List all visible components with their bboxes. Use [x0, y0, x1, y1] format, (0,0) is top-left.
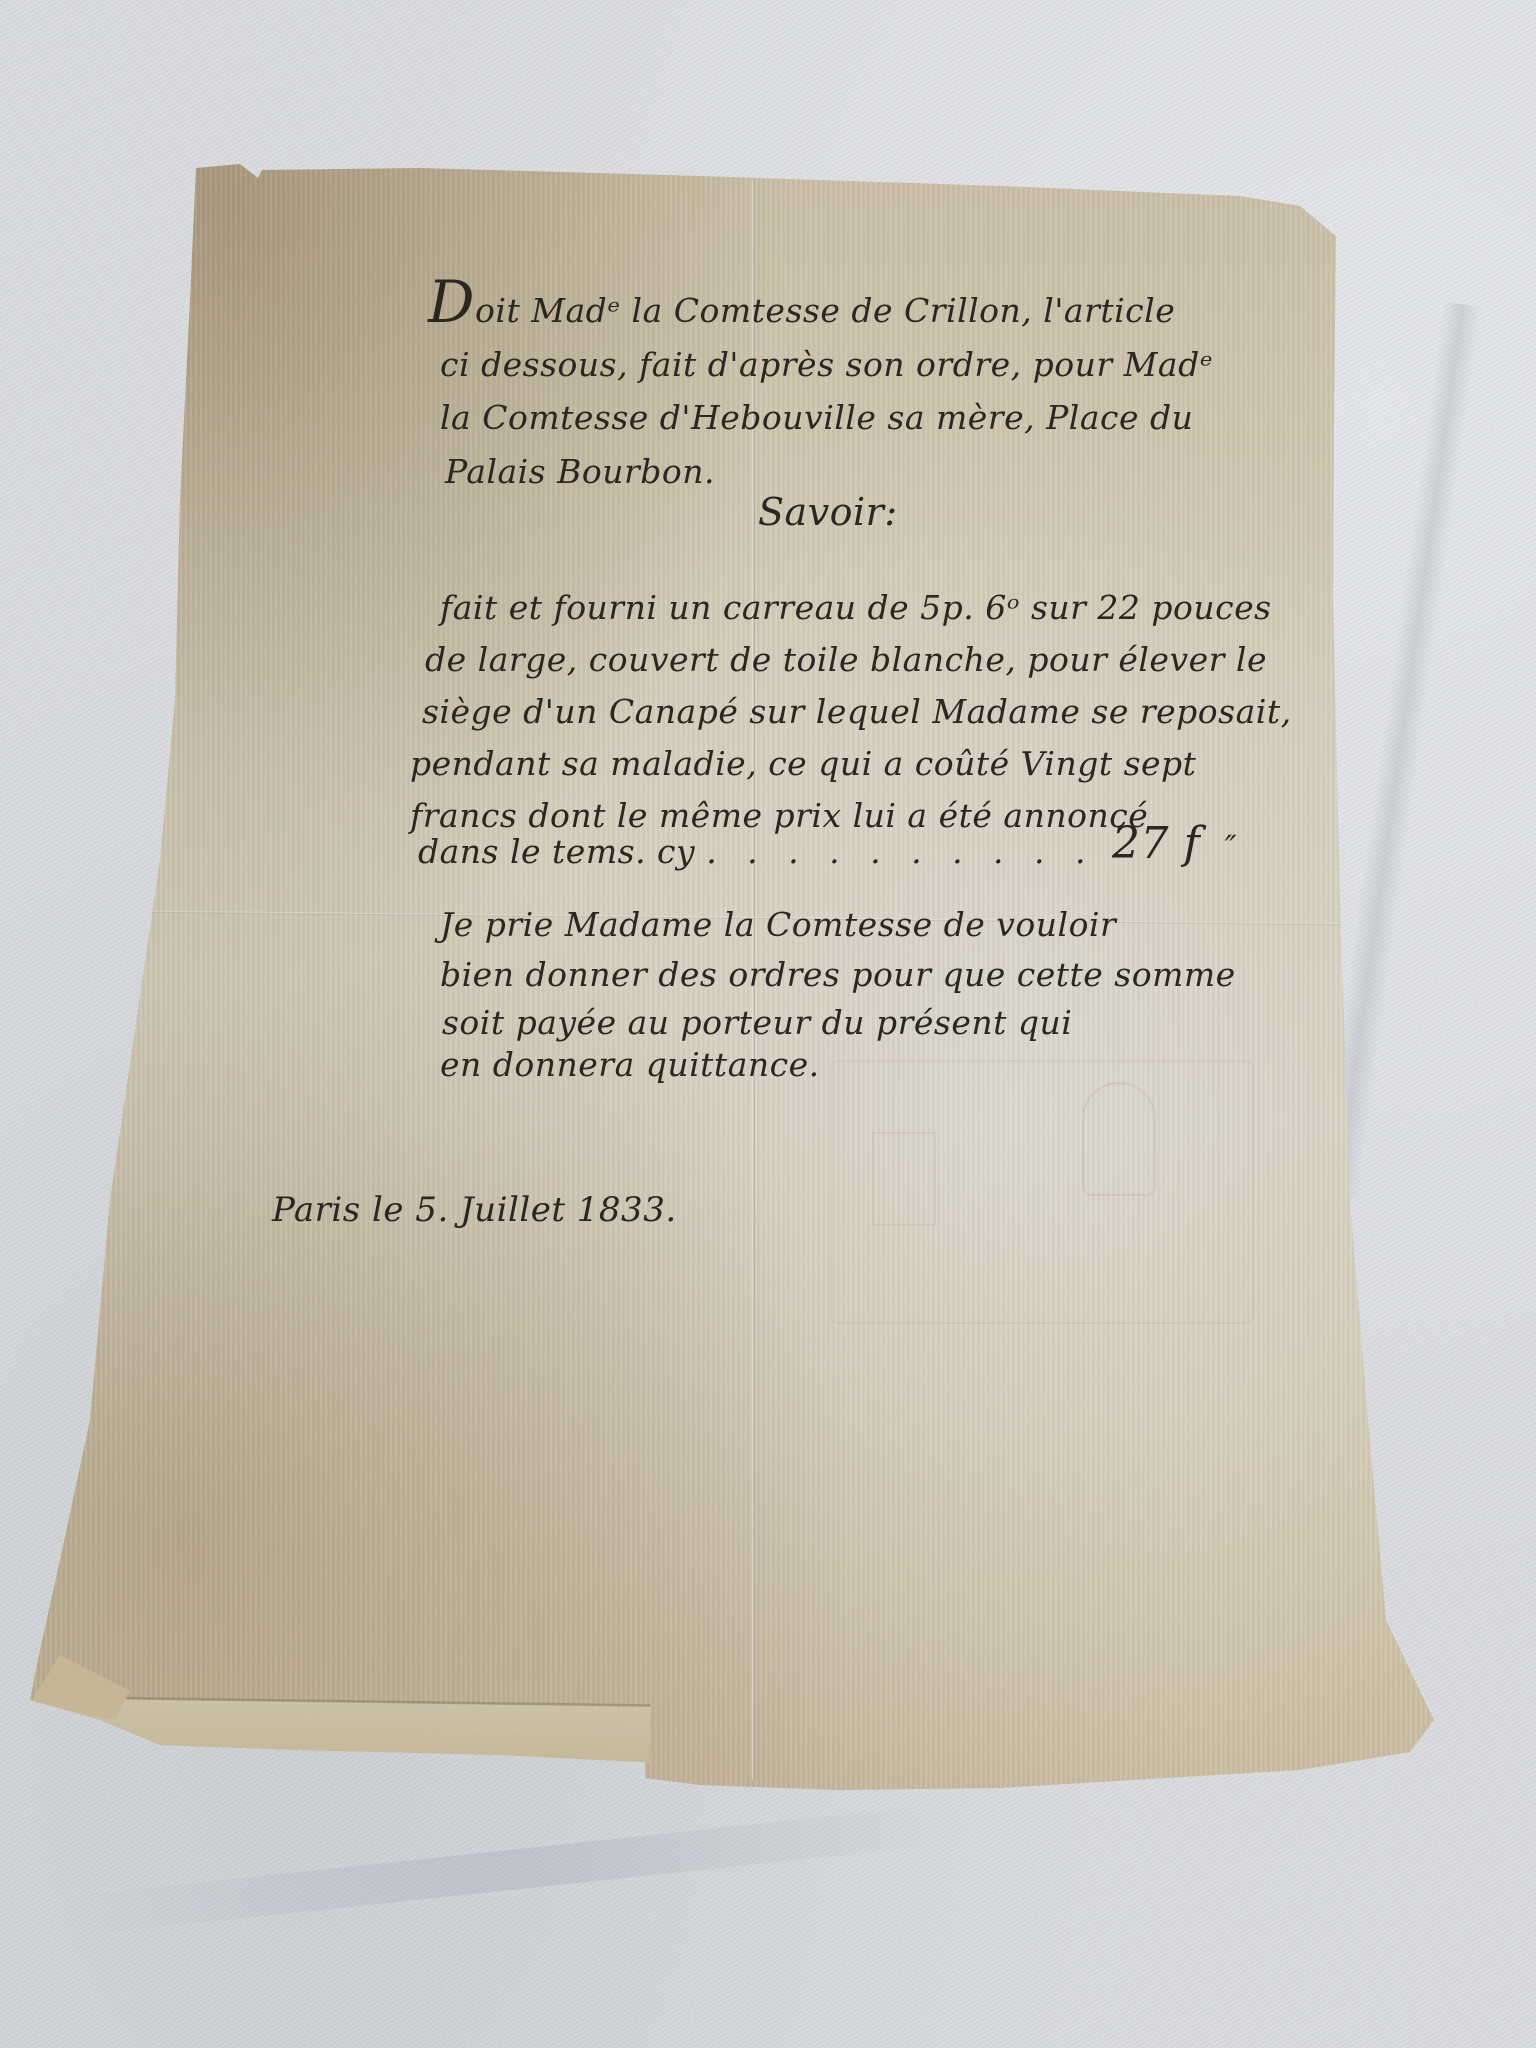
- paper-watermark: [830, 1060, 1254, 1324]
- amount-total: 27 f ″: [1112, 818, 1237, 869]
- item-line-6: dans le tems. cy . . . . . . . . . .: [418, 832, 1096, 871]
- bottom-folded-edge: [40, 1696, 651, 1765]
- header-line-4: Palais Bourbon.: [445, 452, 715, 491]
- decorative-initial: D: [428, 268, 475, 336]
- folded-corner: [30, 1655, 130, 1720]
- header-line-2: ci dessous, fait d'après son ordre, pour…: [440, 345, 1213, 384]
- request-line-4: en donnera quittance.: [440, 1045, 820, 1084]
- item-line-3: siège d'un Canapé sur lequel Madame se r…: [422, 692, 1292, 731]
- amount-ditto-mark: ″: [1225, 828, 1237, 866]
- section-heading: Savoir:: [758, 490, 898, 534]
- place-date: Paris le 5. Juillet 1833.: [272, 1190, 677, 1230]
- fabric-fold: [60, 1803, 959, 1937]
- header-line-1: Doit Madᵉ la Comtesse de Crillon, l'arti…: [428, 268, 1175, 336]
- item-line-1: fait et fourni un carreau de 5p. 6ᵒ sur …: [440, 588, 1272, 627]
- item-line-2: de large, couvert de toile blanche, pour…: [425, 640, 1267, 679]
- item-line-5: francs dont le même prix lui a été annon…: [410, 796, 1148, 835]
- request-line-1: Je prie Madame la Comtesse de vouloir: [440, 905, 1116, 944]
- request-line-3: soit payée au porteur du présent qui: [442, 1003, 1072, 1042]
- leader-dots: . . . . . . . . . .: [706, 832, 1095, 871]
- header-line-3: la Comtesse d'Hebouville sa mère, Place …: [440, 398, 1193, 437]
- request-line-2: bien donner des ordres pour que cette so…: [440, 955, 1236, 994]
- document-paper: Doit Madᵉ la Comtesse de Crillon, l'arti…: [0, 0, 1536, 2048]
- item-line-4: pendant sa maladie, ce qui a coûté Vingt…: [410, 744, 1196, 783]
